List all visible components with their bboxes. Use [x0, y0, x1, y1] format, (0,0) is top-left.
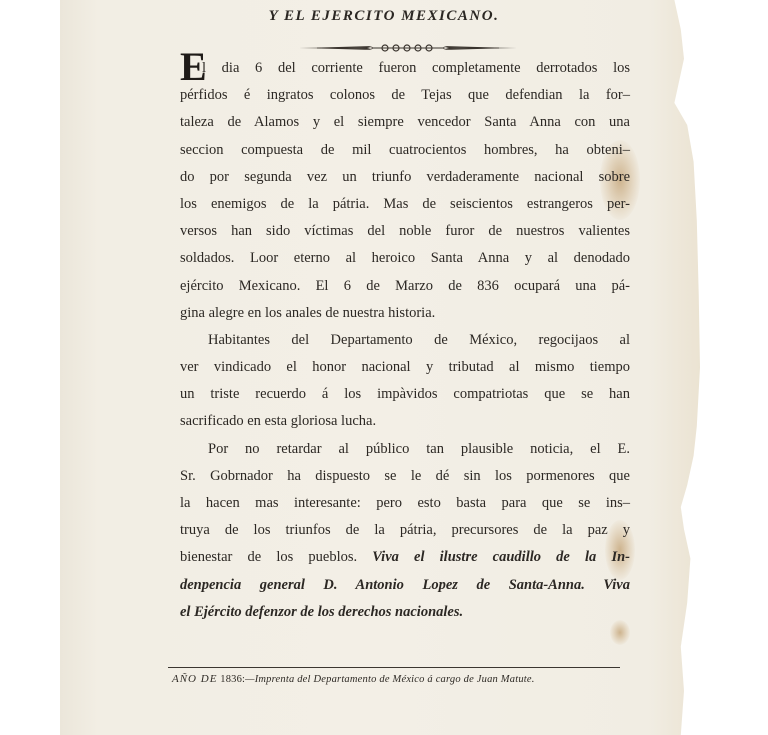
- text-line: la hacen mas interesante: pero esto bast…: [180, 490, 630, 517]
- decorative-rule-ornament-icon: [297, 43, 519, 53]
- heading: Y EL EJERCITO MEXICANO.: [0, 8, 768, 25]
- first-line: E l dia 6 del corriente fueron completam…: [180, 55, 630, 82]
- text-line: soldados. Loor eterno al heroico Santa A…: [180, 245, 630, 272]
- text-line: sacrificado en esta gloriosa lucha.: [180, 408, 630, 435]
- text-line: Por no retardar al público tan plausible…: [180, 436, 630, 463]
- text-line: l dia 6 del corriente fueron completamen…: [180, 55, 630, 82]
- text-line: versos han sido víctimas del noble furor…: [180, 218, 630, 245]
- text-line-mixed: bienestar de los pueblos. Viva el ilustr…: [180, 544, 630, 571]
- footer-rule: [168, 667, 620, 669]
- text-line: gina alegre en los anales de nuestra his…: [180, 300, 630, 327]
- text-line: los enemigos de la pátria. Mas de seisci…: [180, 191, 630, 218]
- imprint-line: AÑO DE 1836:—Imprenta del Departamento d…: [172, 673, 620, 685]
- imprint-text: —Imprenta del Departamento de México á c…: [245, 674, 534, 685]
- text-line: truya de los triunfos de la pátria, prec…: [180, 517, 630, 544]
- italic-line: denpencia general D. Antonio Lopez de Sa…: [180, 572, 630, 599]
- text-line: ver vindicado el honor nacional y tribut…: [180, 354, 630, 381]
- text-line: do por segunda vez un triunfo verdaderam…: [180, 164, 630, 191]
- document-viewer: Y EL EJERCITO MEXICANO. E l dia 6 del co…: [0, 0, 768, 735]
- text-line: Habitantes del Departamento de México, r…: [180, 327, 630, 354]
- roman-text: bienestar de los pueblos.: [180, 549, 372, 565]
- italic-text: Viva el ilustre caudillo de la In-: [372, 549, 630, 565]
- paragraph-1: E l dia 6 del corriente fueron completam…: [180, 55, 630, 327]
- broadside: Y EL EJERCITO MEXICANO. E l dia 6 del co…: [0, 0, 768, 735]
- imprint-year: 1836:: [220, 674, 245, 685]
- drop-cap: E: [180, 47, 207, 87]
- text-line: ejército Mexicano. El 6 de Marzo de 836 …: [180, 273, 630, 300]
- text-line: pérfidos é ingratos colonos de Tejas que…: [180, 82, 630, 109]
- italic-line: el Ejército defenzor de los derechos nac…: [180, 599, 630, 626]
- text-line: un triste recuerdo á los impàvidos compa…: [180, 381, 630, 408]
- text-line: Sr. Gobrnador ha dispuesto se le dé sin …: [180, 463, 630, 490]
- paragraph-2: Habitantes del Departamento de México, r…: [180, 327, 630, 436]
- paragraph-3: Por no retardar al público tan plausible…: [180, 436, 630, 626]
- text-line: seccion compuesta de mil cuatrocientos h…: [180, 137, 630, 164]
- text-line: taleza de Alamos y el siempre vencedor S…: [180, 109, 630, 136]
- body-text: E l dia 6 del corriente fueron completam…: [180, 55, 630, 626]
- imprint-year-label: AÑO DE: [172, 673, 217, 685]
